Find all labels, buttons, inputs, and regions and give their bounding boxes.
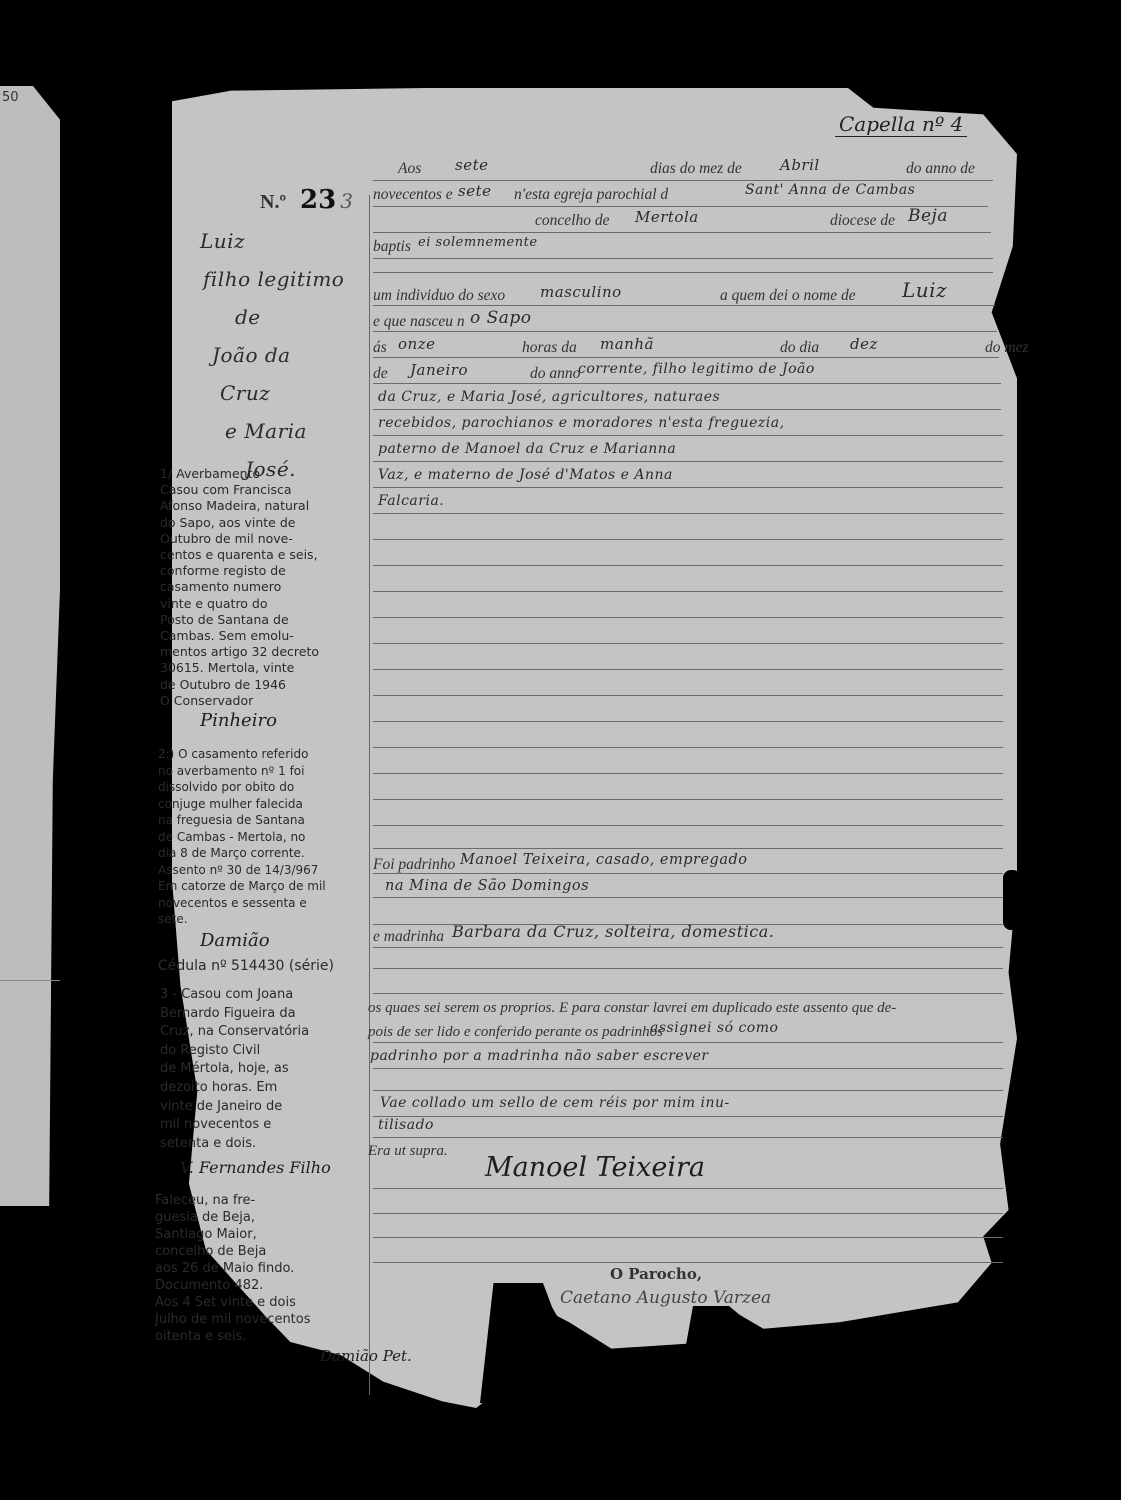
handwritten-godfather: na Mina de São Domingos xyxy=(385,878,589,894)
handwritten-godmother: Barbara da Cruz, solteira, domestica. xyxy=(452,922,774,941)
handwritten-filiation: corrente, filho legitimo de João xyxy=(578,361,815,377)
page-hole xyxy=(1003,870,1021,930)
handwritten-birthplace: o Sapo xyxy=(470,308,532,328)
margin-child-summary: Luiz filho legitimo de João da Cruz e Ma… xyxy=(200,222,344,488)
handwritten-filiation-line: da Cruz, e Maria José, agricultores, nat… xyxy=(378,389,720,405)
handwritten-filiation-line: recebidos, parochianos e moradores n'est… xyxy=(378,415,785,431)
adjacent-page-number: 50 xyxy=(2,90,19,105)
margin-annotation-2: 2:) O casamento referido no averbamento … xyxy=(158,746,326,928)
handwritten-period: manhã xyxy=(600,335,654,353)
margin-annotation-2-signature: Damião xyxy=(200,930,270,951)
chapel-label: Capella nº 4 xyxy=(835,112,967,137)
form-text: baptis xyxy=(373,238,411,256)
handwritten-month: Abril xyxy=(780,156,820,174)
handwritten-closing: assignei só como xyxy=(650,1020,778,1036)
handwritten-filiation-line: Vaz, e materno de José d'Matos e Anna xyxy=(378,467,673,483)
margin-annotation-4-signature: Damião Pet. xyxy=(320,1347,412,1365)
form-text: de xyxy=(373,365,388,383)
form-text: n'esta egreja parochial d xyxy=(514,186,668,204)
form-text: um individuo do sexo xyxy=(373,287,505,305)
parocho-signature: Caetano Augusto Varzea xyxy=(560,1288,771,1308)
margin-divider xyxy=(369,195,370,1395)
record-number-value: 23 xyxy=(300,185,336,215)
form-text: horas da xyxy=(522,339,577,357)
handwritten-diocese: Beja xyxy=(908,206,948,226)
margin-annotation-1-signature: Pinheiro xyxy=(200,710,277,731)
handwritten-hour: onze xyxy=(398,335,435,353)
margin-annotation-4: Faleceu, na fre- guesia de Beja, Santiag… xyxy=(155,1192,311,1345)
form-text: novecentos e xyxy=(373,186,453,204)
form-text: Aos xyxy=(398,160,421,178)
handwritten-stamp-note: Vae collado um sello de cem réis por mim… xyxy=(380,1095,730,1111)
page-crease xyxy=(0,980,60,981)
handwritten-concelho: Mertola xyxy=(635,208,699,226)
handwritten-birth-day: dez xyxy=(850,335,878,353)
cedula-number: Cédula nº 514430 (série) xyxy=(158,958,334,974)
handwritten-filiation-line: Falcaria. xyxy=(378,493,444,509)
parocho-label: O Parocho, xyxy=(610,1265,702,1283)
form-text: e madrinha xyxy=(373,928,444,946)
form-text: pois de ser lido e conferido perante os … xyxy=(368,1024,663,1041)
form-text: do anno xyxy=(530,365,580,383)
form-text: Foi padrinho xyxy=(373,856,455,874)
record-number-pencil: 3 xyxy=(340,189,353,213)
form-text: concelho de xyxy=(535,212,609,230)
handwritten-day: sete xyxy=(455,156,488,174)
form-text: do mez xyxy=(985,339,1028,357)
handwritten-parish: Sant' Anna de Cambas xyxy=(745,182,915,198)
form-text: do anno de xyxy=(906,160,975,178)
form-text: os quaes sei serem os proprios. E para c… xyxy=(368,1000,896,1017)
handwritten-child-name: Luiz xyxy=(902,278,947,302)
godfather-signature: Manoel Teixeira xyxy=(485,1152,705,1183)
record-number-label: N.º xyxy=(260,191,286,213)
handwritten-filiation-line: paterno de Manoel da Cruz e Marianna xyxy=(378,441,676,457)
era-ut-supra: Era ut supra. xyxy=(368,1143,448,1160)
handwritten-year: sete xyxy=(458,182,491,200)
form-text: do dia xyxy=(780,339,819,357)
form-text: ás xyxy=(373,339,387,357)
handwritten-baptism-type: ei solemnemente xyxy=(418,235,538,250)
record-number: N.º 23 3 xyxy=(260,185,353,215)
handwritten-stamp-note: tilisado xyxy=(378,1117,434,1133)
handwritten-birth-month: Janeiro xyxy=(410,361,468,379)
form-text: diocese de xyxy=(830,212,895,230)
margin-annotation-3-signature: V. Fernandes Filho xyxy=(180,1158,331,1177)
form-text: e que nasceu n xyxy=(373,313,465,331)
form-text: dias do mez de xyxy=(650,160,742,178)
handwritten-closing: padrinho por a madrinha não saber escrev… xyxy=(370,1048,709,1064)
margin-annotation-1: 1/ Averbamento Casou com Francisca Afons… xyxy=(160,466,319,709)
form-text: a quem dei o nome de xyxy=(720,287,856,305)
handwritten-godfather: Manoel Teixeira, casado, empregado xyxy=(460,852,748,868)
adjacent-page-fragment: 50 xyxy=(0,86,60,1206)
margin-annotation-3: 3 - Casou com Joana Bernardo Figueira da… xyxy=(160,986,309,1153)
handwritten-sex: masculino xyxy=(540,283,622,301)
